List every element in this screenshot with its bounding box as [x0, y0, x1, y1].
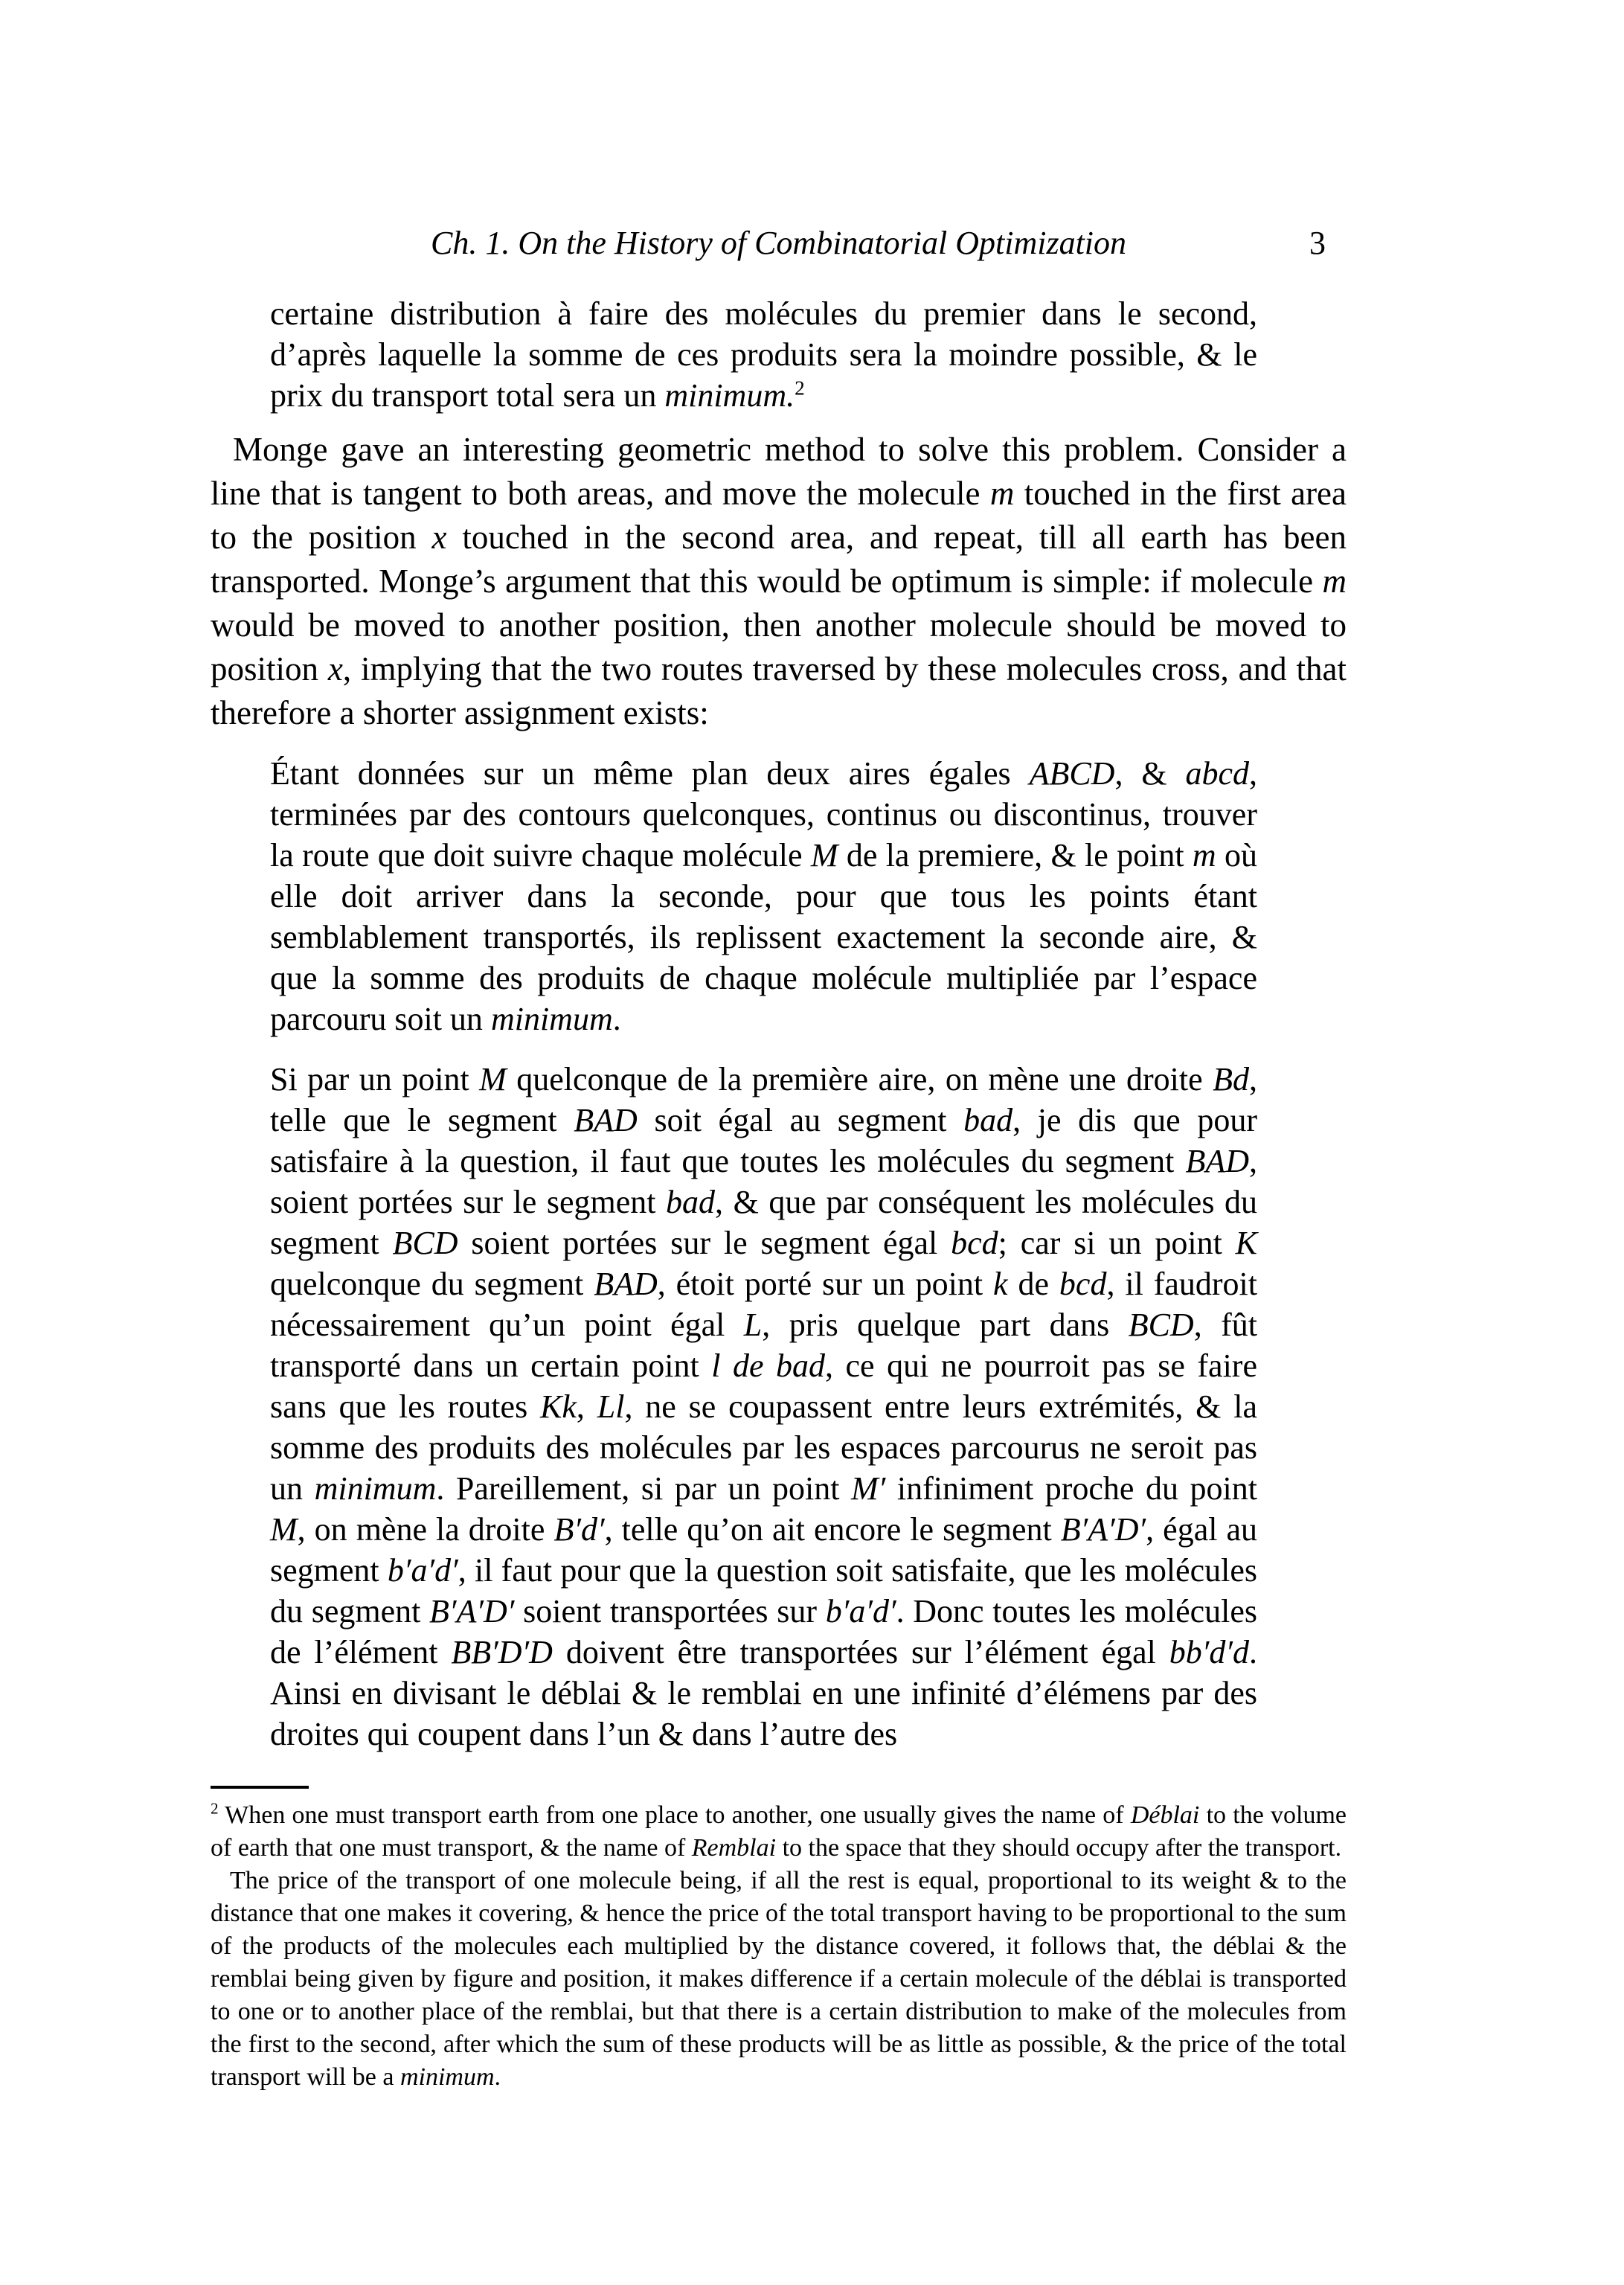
footnote-separator-rule — [211, 1786, 309, 1789]
page-number: 3 — [1309, 220, 1326, 266]
footnote-paragraph-2: The price of the transport of one molecu… — [211, 1865, 1347, 2094]
quote-french-2: Étant données sur un même plan deux aire… — [270, 753, 1257, 1039]
footnote-2: 2 When one must transport earth from one… — [211, 1799, 1347, 2094]
quote-french-3: Si par un point M quelconque de la premi… — [270, 1059, 1257, 1754]
running-header: Ch. 1. On the History of Combinatorial O… — [211, 220, 1347, 266]
document-page: Ch. 1. On the History of Combinatorial O… — [0, 0, 1624, 2285]
chapter-title: Ch. 1. On the History of Combinatorial O… — [431, 225, 1126, 261]
footnote-paragraph-1: 2 When one must transport earth from one… — [211, 1799, 1347, 1865]
paragraph-monge-method: Monge gave an interesting geometric meth… — [211, 428, 1347, 735]
quote-french-1: certaine distribution à faire des molécu… — [270, 293, 1257, 416]
